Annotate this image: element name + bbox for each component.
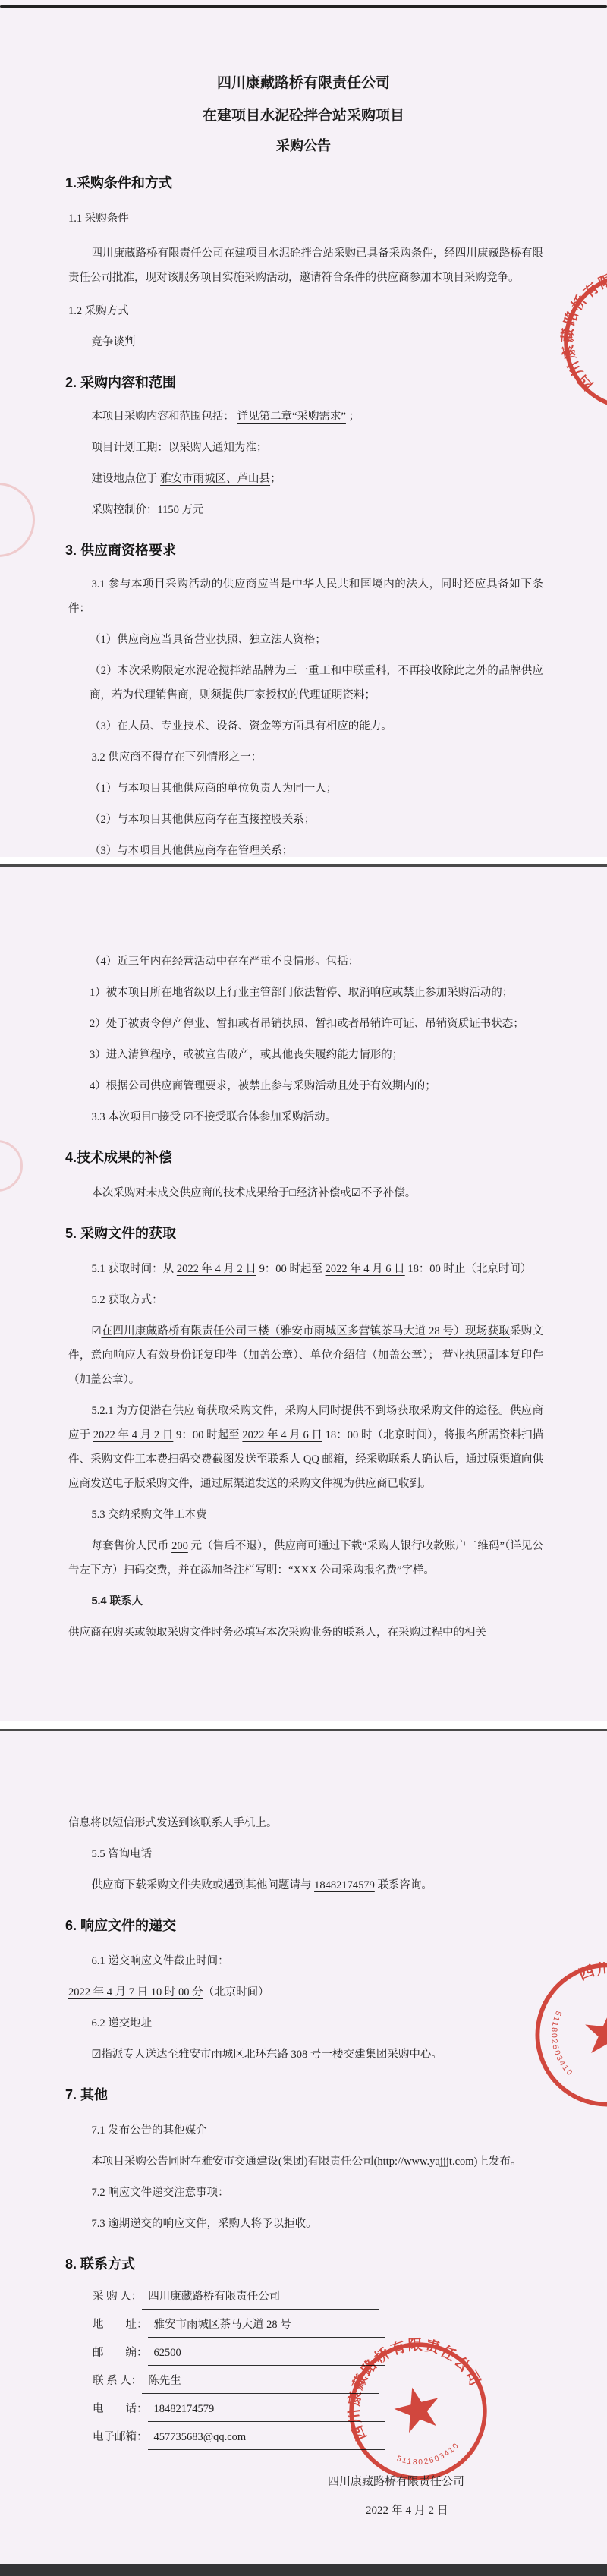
- sub-1-1: 1.1 采购条件: [68, 206, 543, 231]
- underlined-address: 雅安市雨城区北环东路 308 号一楼交建集团采购中心。: [178, 2049, 442, 2061]
- contact-label: 电 话：: [93, 2398, 148, 2420]
- seal-star-icon: [390, 2382, 445, 2434]
- contact-row-buyer: 采 购 人：四川康藏路桥有限责任公司: [93, 2286, 543, 2310]
- section-3-heading: 3. 供应商资格要求: [65, 540, 542, 560]
- para-2-schedule: 项目计划工期：以采购人通知为准；: [68, 436, 543, 460]
- para-7-2: 7.2 响应文件递交注意事项：: [68, 2181, 543, 2205]
- text-segment: 本项目采购公告同时在: [91, 2156, 201, 2168]
- text-segment: 指派专人送达至: [101, 2049, 178, 2061]
- text-segment: 联系咨询。: [375, 1879, 432, 1891]
- para-4: 本次采购对未成交供应商的技术成果给于□经济补偿或☑不予补偿。: [68, 1181, 543, 1205]
- para-5-4: 供应商在购买或领取采购文件时务必填写本次采购业务的联系人，在采购过程中的相关: [68, 1620, 543, 1645]
- para-5-1: 5.1 获取时间：从 2022 年 4 月 2 日 9：00 时起至 2022 …: [68, 1257, 543, 1281]
- para-1-1: 四川康藏路桥有限责任公司在建项目水泥砼拌合站采购已具备采购条件，经四川康藏路桥有…: [68, 241, 543, 290]
- text-segment: （北京时间）: [203, 1986, 269, 1998]
- para-3-1: 3.1 参与本项目采购活动的供应商应当是中华人民共和国境内的法人，同时还应具备如…: [68, 572, 543, 621]
- para-2-location: 建设地点位于 雅安市雨城区、芦山县；: [68, 467, 543, 491]
- text-segment: ；: [270, 473, 281, 485]
- text-segment: 每套售价人民币: [91, 1540, 171, 1552]
- para-5-4-cont: 信息将以短信形式发送到该联系人手机上。: [68, 1811, 543, 1835]
- item-3-1-2: （2）本次采购限定水泥砼搅拌站品牌为三一重工和中联重科，不再接收除此之外的品牌供…: [68, 659, 543, 707]
- seal-star-icon: [599, 309, 607, 370]
- underlined-date: 2022 年 4 月 6 日: [242, 1429, 322, 1441]
- contact-block: 采 购 人：四川康藏路桥有限责任公司 地 址：雅安市雨城区茶马大道 28 号 邮…: [0, 2286, 607, 2450]
- para-5-3: 每套售价人民币 200 元（售后不退），供应商可通过下载“采购人银行收款账户二维…: [68, 1534, 543, 1582]
- text-segment: 9：00 时起至: [173, 1429, 242, 1441]
- sub-5-4: 5.4 联系人: [68, 1589, 543, 1614]
- para-6-1: 6.1 递交响应文件截止时间：: [68, 1949, 543, 1973]
- underlined-website: 雅安市交通建设(集团)有限责任公司(http://www.yajjjt.com): [201, 2156, 477, 2168]
- text-segment: 本项目采购内容和范围包括：: [91, 411, 237, 423]
- item-3-1-3: （3）在人员、专业技术、设备、资金等方面具有相应的能力。: [68, 714, 543, 738]
- scan-edge-bottom: [0, 2564, 607, 2576]
- contact-label: 邮 编：: [93, 2342, 148, 2364]
- contact-label: 联 系 人：: [93, 2370, 142, 2392]
- underlined-date: 2022 年 4 月 7 日 10 时 00 分: [68, 1986, 203, 1998]
- para-7-3: 7.3 逾期递交的响应文件，采购人将予以拒收。: [68, 2212, 543, 2236]
- item-3-2-4-3: 3）进入清算程序，或被宣告破产，或其他丧失履约能力情形的；: [68, 1043, 543, 1067]
- checkbox-checked-icon: ☑: [91, 2049, 101, 2061]
- scanned-page-1: 四川康藏路桥有限责任公司 在建项目水泥砼拌合站采购项目 采购公告 1.采购条件和…: [0, 0, 607, 857]
- section-6-heading: 6. 响应文件的递交: [65, 1916, 542, 1935]
- underlined-date: 2022 年 4 月 2 日: [93, 1429, 174, 1441]
- checkbox-checked-icon: ☑: [91, 1325, 101, 1337]
- section-8-heading: 8. 联系方式: [65, 2254, 542, 2274]
- item-3-2-4-2: 2）处于被责令停产停业、暂扣或者吊销执照、暂扣或者吊销许可证、吊销资质证书状态；: [68, 1012, 543, 1036]
- para-2-scope: 本项目采购内容和范围包括： 详见第二章“采购需求” ；: [68, 405, 543, 429]
- para-5-2: 5.2 获取方式：: [68, 1288, 543, 1312]
- item-3-2-2: （2）与本项目其他供应商存在直接控股关系；: [68, 808, 543, 832]
- contact-label: 采 购 人：: [93, 2286, 142, 2308]
- section-5-heading: 5. 采购文件的获取: [65, 1223, 542, 1243]
- underlined-segment: 详见第二章“采购需求”: [237, 411, 346, 423]
- scan-edge-line: [0, 5, 607, 8]
- section-1-heading: 1.采购条件和方式: [65, 173, 542, 193]
- seal-fragment-left: [0, 483, 35, 557]
- para-5-2-1: 5.2.1 为方便潜在供应商获取采购文件，采购人同时提供不到场获取采购文件的途径…: [68, 1399, 543, 1496]
- para-6-1-time: 2022 年 4 月 7 日 10 时 00 分（北京时间）: [68, 1980, 543, 2004]
- para-1-2: 竞争谈判: [68, 330, 543, 354]
- sub-5-3: 5.3 交纳采购文件工本费: [68, 1503, 543, 1527]
- item-3-2-3: （3）与本项目其他供应商存在管理关系；: [68, 839, 543, 857]
- para-3-3: 3.3 本次项目□接受 ☑不接受联合体参加采购活动。: [68, 1105, 543, 1129]
- contact-value: 四川康藏路桥有限责任公司: [142, 2286, 379, 2310]
- text-segment: ；: [346, 411, 360, 423]
- contact-label: 地 址：: [93, 2314, 148, 2336]
- underlined-segment: 在四川康藏路桥有限责任公司三楼（雅安市雨城区多营镇茶马大道 28 号）现场获取: [101, 1325, 510, 1337]
- underlined-segment: 雅安市雨城区、芦山县: [160, 473, 270, 485]
- para-5-5: 供应商下载采购文件失败或遇到其他问题请与 18482174579 联系咨询。: [68, 1873, 543, 1897]
- page-separator: [0, 1721, 607, 1731]
- sub-7-1: 7.1 发布公告的其他媒介: [68, 2118, 543, 2143]
- text-segment: 建设地点位于: [91, 473, 160, 485]
- para-6-2: 6.2 递交地址: [68, 2011, 543, 2036]
- para-7-1: 本项目采购公告同时在雅安市交通建设(集团)有限责任公司(http://www.y…: [68, 2149, 543, 2174]
- section-7-heading: 7. 其他: [65, 2085, 542, 2105]
- para-5-2-method: ☑在四川康藏路桥有限责任公司三楼（雅安市雨城区多营镇茶马大道 28 号）现场获取…: [68, 1319, 543, 1392]
- signature-company: 四川康藏路桥有限责任公司: [328, 2473, 607, 2491]
- underlined-phone: 18482174579: [314, 1879, 375, 1891]
- underlined-price: 200: [171, 1540, 188, 1552]
- seal-fragment-left: [0, 1140, 23, 1192]
- doc-title-company: 四川康藏路桥有限责任公司: [0, 71, 607, 92]
- para-6-2-addr: ☑指派专人送达至雅安市雨城区北环东路 308 号一楼交建集团采购中心。: [68, 2042, 543, 2067]
- text-segment: 5.1 获取时间：从: [91, 1263, 176, 1275]
- contact-value: 雅安市雨城区茶马大道 28 号: [148, 2314, 385, 2338]
- item-3-2-4: （4）近三年内在经营活动中存在严重不良情形。包括：: [68, 949, 543, 974]
- sub-5-5: 5.5 咨询电话: [68, 1842, 543, 1866]
- para-3-2: 3.2 供应商不得存在下列情形之一：: [68, 745, 543, 770]
- item-3-1-1: （1）供应商应当具备营业执照、独立法人资格；: [68, 628, 543, 652]
- text-segment: 9：00 时起至: [256, 1263, 326, 1275]
- sub-1-2: 1.2 采购方式: [68, 299, 543, 323]
- para-2-budget: 采购控制价：1150 万元: [68, 498, 543, 522]
- doc-title-project: 在建项目水泥砼拌合站采购项目: [0, 104, 607, 124]
- doc-title-type: 采购公告: [0, 135, 607, 155]
- section-2-heading: 2. 采购内容和范围: [65, 373, 542, 392]
- page-separator: [0, 857, 607, 867]
- text-segment: 供应商下载采购文件失败或遇到其他问题请与: [91, 1879, 314, 1891]
- item-3-2-4-4: 4）根据公司供应商管理要求，被禁止参与采购活动且处于有效期内的；: [68, 1074, 543, 1098]
- section-4-heading: 4.技术成果的补偿: [65, 1148, 542, 1167]
- contact-row-address: 地 址：雅安市雨城区茶马大道 28 号: [93, 2314, 543, 2338]
- text-segment: 18：00 时止（北京时间）: [405, 1263, 532, 1275]
- contact-label: 电子邮箱：: [93, 2426, 148, 2448]
- item-3-2-4-1: 1）被本项目所在地省级以上行业主管部门依法暂停、取消响应或禁止参加采购活动的；: [68, 981, 543, 1005]
- underlined-date: 2022 年 4 月 6 日: [326, 1263, 405, 1275]
- text-segment: 上发布。: [477, 2156, 521, 2168]
- underlined-date: 2022 年 4 月 2 日: [177, 1263, 256, 1275]
- scanned-page-3: 信息将以短信形式发送到该联系人手机上。 5.5 咨询电话 供应商下载采购文件失败…: [0, 1731, 607, 2564]
- item-3-2-1: （1）与本项目其他供应商的单位负责人为同一人；: [68, 776, 543, 801]
- seal-star-icon: [583, 2007, 607, 2062]
- scanned-page-2: （4）近三年内在经营活动中存在严重不良情形。包括： 1）被本项目所在地省级以上行…: [0, 867, 607, 1721]
- signature-date: 2022 年 4 月 2 日: [366, 2502, 607, 2518]
